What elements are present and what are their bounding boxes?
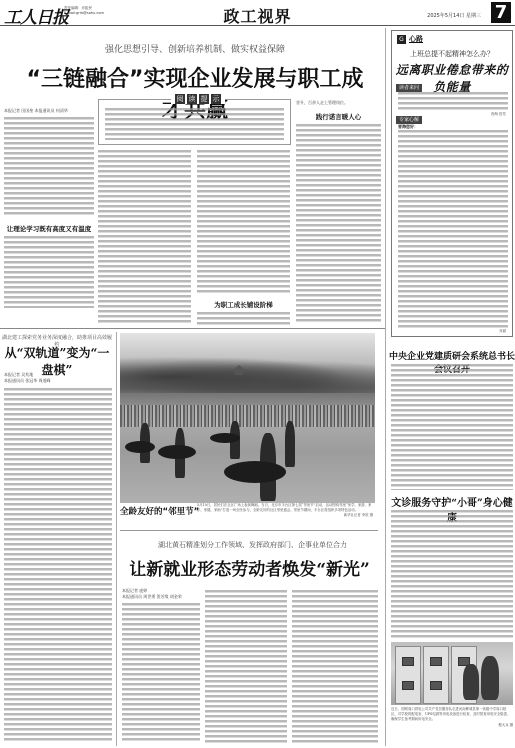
lead-body-col-3: [197, 150, 290, 295]
lead-subhead-3: 为职工成长铺设阶梯: [197, 300, 290, 309]
photo-crowd: [120, 405, 375, 427]
photo-caption: 5月10日，居民们在社区广场上表演舞蹈。当日，北京市丰台区第七届“邻里节”启动，…: [197, 503, 373, 527]
photo-trees: [120, 353, 375, 393]
dancer-skirt: [158, 445, 196, 459]
lead-continuation: 晋升，百余人走上管理岗位。: [296, 100, 381, 106]
tag-char: 阅: [175, 94, 185, 104]
dancer-figure: [285, 421, 295, 467]
issue-date: 2025年5月14日 星期三: [427, 12, 481, 19]
reading-tip-box: 阅 读 提 示: [98, 99, 291, 145]
right-article-1-body: [391, 364, 513, 490]
section-divider: [0, 328, 385, 329]
tag-char: 示: [211, 94, 221, 104]
bottom-body-col-2: [205, 590, 287, 743]
expert-label: 专家心解: [396, 116, 422, 124]
bottom-body-col-3: [292, 590, 378, 743]
reader-question-label: 读者来问: [396, 84, 422, 92]
tag-char: 读: [187, 94, 197, 104]
switch-cabinet: [423, 646, 449, 704]
reader-letter: [398, 92, 508, 112]
dance-photo[interactable]: [120, 333, 375, 503]
left-byline: 本报记者 吴兆地 本报通讯员 张冠华 周道峰: [4, 372, 104, 384]
reading-tip-tag: 阅 读 提 示: [171, 94, 225, 104]
photo-divider: [120, 530, 378, 531]
lead-body-col-3b: [197, 312, 290, 326]
bottom-headline[interactable]: 让新就业形态劳动者焕发“新光”: [122, 555, 377, 580]
left-body: [4, 388, 112, 743]
cabinet-window: [402, 657, 414, 666]
power-inspection-photo[interactable]: [391, 642, 513, 705]
byline-line: 本报通讯员 周世勇 贺芳缘 胡金荣: [122, 594, 200, 600]
masthead: 工人日报 责任编辑：乔振民 E-mail:grrb@sohu.com 政工视界 …: [0, 0, 515, 26]
photo-title: 全龄友好的“邻里节”: [120, 505, 199, 517]
column-logo-icon: G: [397, 35, 406, 44]
caption-body: 近日，国网周口供电公司共产党员服务队走进河南郸城县第一高级中学周口校区，对学校的…: [391, 707, 513, 722]
byline-line: 本报通讯员 张冠华 周道峰: [4, 378, 104, 384]
bottom-byline: 本报记者 庞婷 本报通讯员 周世勇 贺芳缘 胡金荣: [122, 588, 200, 600]
worker-figure: [463, 664, 479, 700]
cabinet-window: [430, 657, 442, 666]
lead-body-col-2: [98, 150, 191, 325]
column-name: 心路: [409, 34, 423, 44]
switch-cabinet: [395, 646, 421, 704]
right-column-divider: [385, 28, 386, 746]
dancer-skirt: [210, 433, 240, 443]
reading-tip-text: [105, 108, 284, 140]
lead-kicker: 强化思想引导、创新培养机制、做实权益保障: [60, 42, 330, 55]
worker-figure: [481, 656, 499, 700]
column-divider: [116, 332, 117, 746]
caption-body: 5月10日，居民们在社区广场上表演舞蹈。当日，北京市丰台区第七届“邻里节”启动，…: [197, 503, 371, 512]
dancer-skirt: [125, 441, 155, 453]
lead-byline: 本报记者 田国垒 本报通讯员 何清华: [4, 108, 94, 114]
photo-credit: 新华社记者 李欣 摄: [344, 513, 373, 518]
lead-body-col-4: [296, 124, 381, 324]
bottom-kicker: 湖北黄石精准划分工作领域、发挥政府部门、企事业单位合力: [130, 540, 375, 550]
expert-answer: [398, 130, 508, 328]
right-article-2-body: [391, 510, 513, 638]
sidebar-question: 上班总提不起精神怎么办？: [392, 49, 512, 59]
power-photo-caption: 近日，国网周口供电公司共产党员服务队走进河南郸城县第一高级中学周口校区，对学校的…: [391, 707, 513, 747]
page-number: 7: [491, 2, 511, 23]
lead-body-col-1: [4, 117, 94, 217]
lead-body-col-1b: [4, 236, 94, 308]
dancer-skirt: [224, 461, 286, 483]
cabinet-window: [430, 681, 442, 690]
cabinet-window: [402, 681, 414, 690]
reader-signature: 晋海 贺芳: [491, 112, 506, 117]
bottom-body-col-1: [122, 603, 200, 743]
tag-char: 提: [199, 94, 209, 104]
lead-subhead-1: 让理论学习既有高度又有温度: [4, 224, 94, 233]
photo-credit: 程大兵 摄: [391, 722, 513, 727]
xinlu-column-box: G 心路 上班总提不起精神怎么办？ 远离职业倦怠带来的负能量 读者来问 晋海 贺…: [391, 30, 513, 337]
lead-subhead-2: 践行诺言暖人心: [296, 112, 381, 121]
expert-signature: 乔斌: [499, 329, 506, 334]
